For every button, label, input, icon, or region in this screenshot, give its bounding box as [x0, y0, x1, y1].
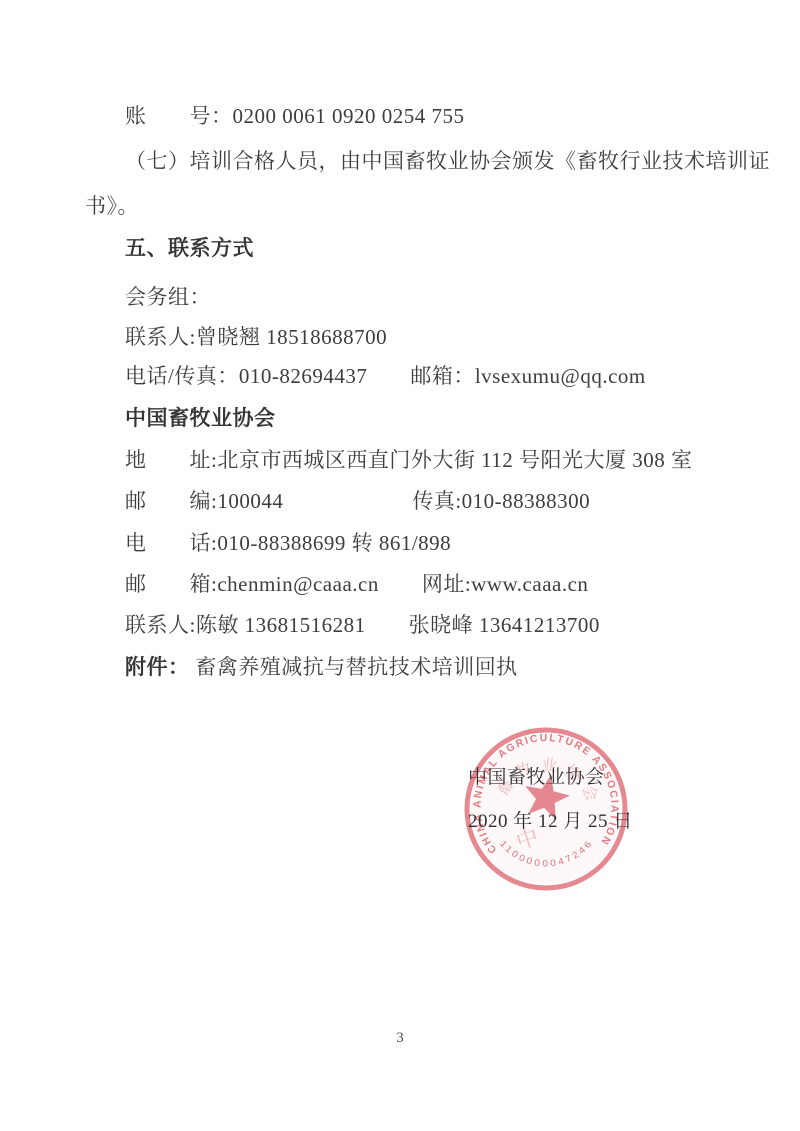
signature-date: 2020 年 12 月 25 日	[468, 806, 633, 833]
text-line: 会务组：	[125, 285, 211, 309]
text-line-bold-prefix: 附件：	[125, 655, 190, 679]
text-line: 邮 箱:chenmin@caaa.cn 网址:www.caaa.cn	[125, 572, 588, 596]
text-line: 邮 编:100044 传真:010-88388300	[125, 489, 590, 513]
text-line: 书》。	[85, 194, 139, 218]
signature-org: 中国畜牧业协会	[468, 762, 605, 789]
text-line: （七）培训合格人员，由中国畜牧业协会颁发《畜牧行业技术培训证	[125, 149, 770, 173]
text-line: 联系人:曾晓翘 18518688700	[125, 325, 387, 349]
document-page: 账 号：0200 0061 0920 0254 755（七）培训合格人员，由中国…	[0, 0, 800, 1131]
text-line: 联系人:陈敏 13681516281 张晓峰 13641213700	[125, 613, 600, 637]
text-line: 电话/传真：010-82694437 邮箱：lvsexumu@qq.com	[125, 364, 646, 388]
text-line: 账 号：0200 0061 0920 0254 755	[125, 104, 465, 128]
text-line: 五、联系方式	[125, 236, 254, 260]
text-line: 中国畜牧业协会	[125, 406, 276, 430]
text-line-rest: 畜禽养殖减抗与替抗技术培训回执	[190, 655, 518, 679]
page-number: 3	[0, 1030, 800, 1047]
text-line: 附件： 畜禽养殖减抗与替抗技术培训回执	[125, 655, 518, 679]
text-line: 地 址:北京市西城区西直门外大街 112 号阳光大厦 308 室	[125, 448, 693, 472]
text-line: 电 话:010-88388699 转 861/898	[125, 531, 451, 555]
